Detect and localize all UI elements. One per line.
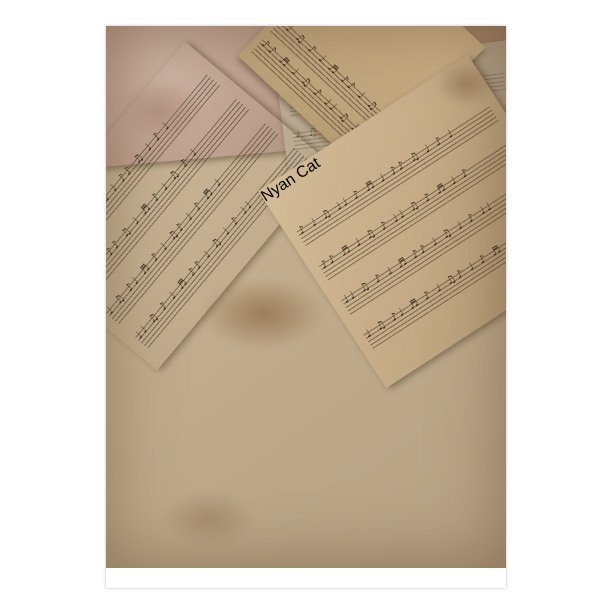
- product-page: ♫ ♪ ♩ ♪♪ ♫ ♩ ♬ ♪ ♩ ♫ ♪ ♩ ♩ ♫ ♪♩ ♬ ♪ ♩ ♫♪…: [0, 0, 615, 615]
- rice-paper-product-photo: ♫ ♪ ♩ ♪♪ ♫ ♩ ♬ ♪ ♩ ♫ ♪ ♩ ♩ ♫ ♪♩ ♬ ♪ ♩ ♫♪…: [106, 26, 506, 588]
- paper-stain: [161, 491, 256, 546]
- sheet-music-collage: ♫ ♪ ♩ ♪♪ ♫ ♩ ♬ ♪ ♩ ♫ ♪ ♩ ♩ ♫ ♪♩ ♬ ♪ ♩ ♫♪…: [106, 26, 506, 568]
